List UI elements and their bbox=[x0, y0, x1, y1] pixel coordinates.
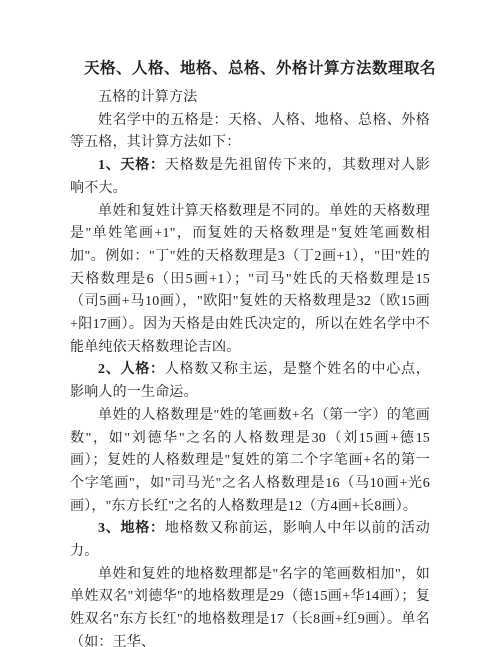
paragraph-text: 五格的计算方法 bbox=[98, 90, 197, 105]
paragraph: 姓名学中的五格是：天格、人格、地格、总格、外格等五格，其计算方法如下： bbox=[70, 110, 430, 155]
paragraph: 五格的计算方法 bbox=[70, 87, 430, 110]
paragraph-text: 单姓和复姓的地格数理都是"名字的笔画数相加"，如单姓双名"刘德华"的地格数理是2… bbox=[70, 567, 430, 647]
paragraph-bold-prefix: 1、天格： bbox=[98, 158, 165, 173]
paragraph-text: 姓名学中的五格是：天格、人格、地格、总格、外格等五格，其计算方法如下： bbox=[70, 113, 430, 151]
paragraph-bold-prefix: 2、人格： bbox=[98, 362, 165, 377]
paragraph-text: 单姓的人格数理是"姓的笔画数+名（第一字）的笔画数"，如"刘德华"之名的人格数理… bbox=[70, 408, 430, 514]
document-page: 天格、人格、地格、总格、外格计算方法数理取名 五格的计算方法 姓名学中的五格是：… bbox=[0, 0, 500, 647]
paragraph: 单姓和复姓计算天格数理是不同的。单姓的天格数理是"单姓笔画+1"，而复姓的天格数… bbox=[70, 201, 430, 360]
paragraph: 单姓和复姓的地格数理都是"名字的笔画数相加"，如单姓双名"刘德华"的地格数理是2… bbox=[70, 564, 430, 647]
paragraph: 1、天格：天格数是先祖留传下来的，其数理对人影响不大。 bbox=[70, 155, 430, 200]
paragraph-text: 单姓和复姓计算天格数理是不同的。单姓的天格数理是"单姓笔画+1"，而复姓的天格数… bbox=[70, 204, 430, 355]
paragraph: 3、地格：地格数又称前运，影响人中年以前的活动力。 bbox=[70, 518, 430, 563]
paragraph: 单姓的人格数理是"姓的笔画数+名（第一字）的笔画数"，如"刘德华"之名的人格数理… bbox=[70, 405, 430, 519]
paragraph-bold-prefix: 3、地格： bbox=[98, 521, 165, 536]
document-title: 天格、人格、地格、总格、外格计算方法数理取名 bbox=[70, 56, 430, 82]
paragraph: 2、人格：人格数又称主运，是整个姓名的中心点，影响人的一生命运。 bbox=[70, 359, 430, 404]
